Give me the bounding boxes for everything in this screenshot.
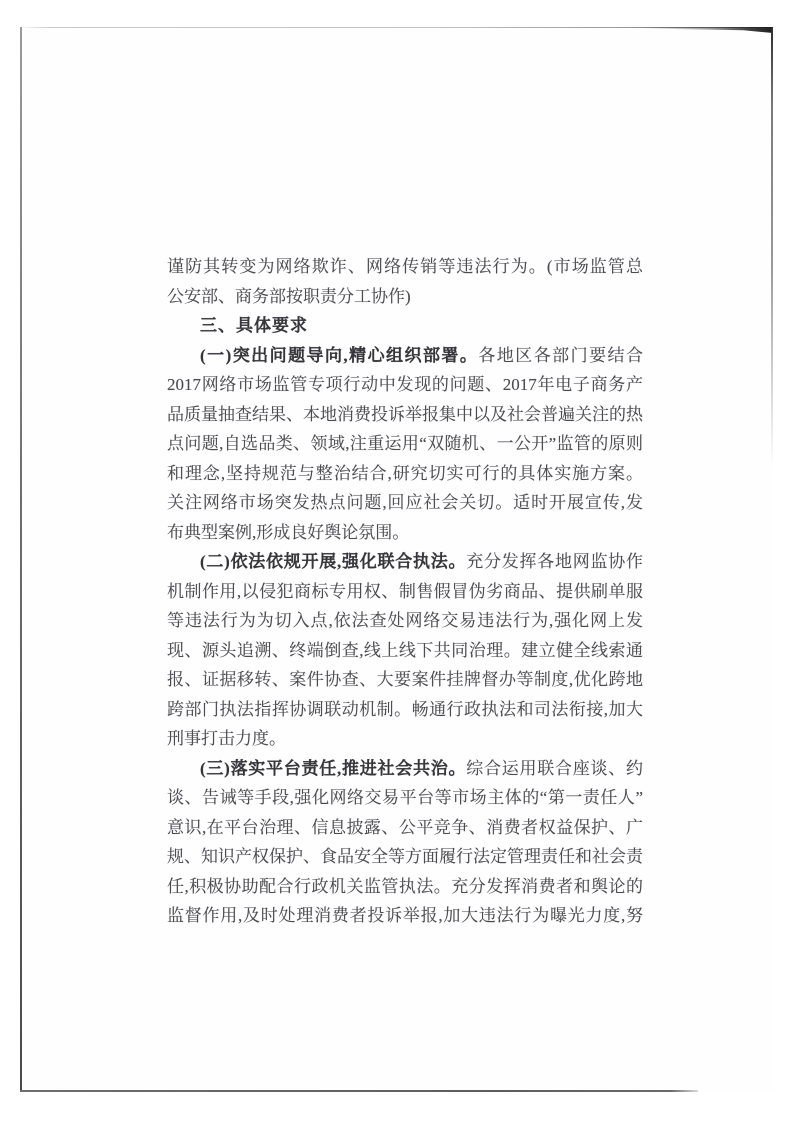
text-segment: 谨防其转变为网络欺诈、网络传销等违法行为。(市场监管总局、: [167, 257, 643, 282]
text-line: 刑事打击力度。: [167, 724, 643, 754]
text-line: 监督作用,及时处理消费者投诉举报,加大违法行为曝光力度,努: [167, 901, 643, 931]
text-line: 关注网络市场突发热点问题,回应社会关切。适时开展宣传,发: [167, 488, 643, 518]
text-segment-bold: 三、具体要求: [200, 316, 308, 335]
text-segment: 品质量抽查结果、本地消费投诉举报集中以及社会普遍关注的热: [167, 405, 643, 424]
text-segment: 等违法行为为切入点,依法查处网络交易违法行为,强化网上发: [167, 611, 643, 630]
text-line: (一)突出问题导向,精心组织部署。各地区各部门要结合: [167, 341, 643, 371]
text-segment: 布典型案例,形成良好舆论氛围。: [167, 523, 409, 542]
text-line: 品质量抽查结果、本地消费投诉举报集中以及社会普遍关注的热: [167, 400, 643, 430]
text-segment: 报、证据移转、案件协查、大要案件挂牌督办等制度,优化跨地域: [167, 670, 643, 695]
text-line: 和理念,坚持规范与整治结合,研究切实可行的具体实施方案。: [167, 459, 643, 489]
text-segment: 谈、告诫等手段,强化网络交易平台等市场主体的“第一责任人”: [167, 788, 643, 807]
text-line: 点问题,自选品类、领域,注重运用“双随机、一公开”监管的原则: [167, 429, 643, 459]
text-line: 现、源头追溯、终端倒查,线上线下共同治理。建立健全线索通: [167, 636, 643, 666]
scan-canvas: { "page": { "background": "#ffffff", "pa…: [0, 0, 793, 1122]
text-segment: 意识,在平台治理、信息披露、公平竞争、消费者权益保护、广告合: [167, 818, 643, 843]
text-segment: 充分发挥各地网监协作: [466, 552, 643, 571]
text-line: 等违法行为为切入点,依法查处网络交易违法行为,强化网上发: [167, 606, 643, 636]
text-line: 报、证据移转、案件协查、大要案件挂牌督办等制度,优化跨地域: [167, 665, 643, 695]
page-scan-edge-bottom: [20, 1090, 698, 1093]
text-segment: 刑事打击力度。: [167, 729, 286, 748]
page-scan-edge-left: [20, 27, 22, 1092]
text-line: (二)依法依规开展,强化联合执法。充分发挥各地网监协作: [167, 547, 643, 577]
text-line: 谨防其转变为网络欺诈、网络传销等违法行为。(市场监管总局、: [167, 252, 643, 282]
scanned-document-page: 谨防其转变为网络欺诈、网络传销等违法行为。(市场监管总局、公安部、商务部按职责分…: [20, 27, 773, 1092]
text-segment: 跨部门执法指挥协调联动机制。畅通行政执法和司法衔接,加大: [167, 700, 643, 719]
page-scan-edge-right: [771, 27, 773, 467]
text-segment-bold: (一)突出问题导向,精心组织部署。: [200, 346, 478, 365]
text-segment: 各地区各部门要结合: [478, 346, 643, 365]
page-scan-corner-mark: [638, 27, 773, 33]
text-segment: 和理念,坚持规范与整治结合,研究切实可行的具体实施方案。: [167, 464, 643, 483]
text-line: 任,积极协助配合行政机关监管执法。充分发挥消费者和舆论的: [167, 872, 643, 902]
document-text-block: 谨防其转变为网络欺诈、网络传销等违法行为。(市场监管总局、公安部、商务部按职责分…: [167, 252, 643, 931]
text-line: 公安部、商务部按职责分工协作): [167, 282, 643, 312]
text-segment: 2017网络市场监管专项行动中发现的问题、2017年电子商务产: [167, 375, 643, 394]
text-line: 意识,在平台治理、信息披露、公平竞争、消费者权益保护、广告合: [167, 813, 643, 843]
text-segment: 任,积极协助配合行政机关监管执法。充分发挥消费者和舆论的: [167, 877, 643, 896]
text-segment: 监督作用,及时处理消费者投诉举报,加大违法行为曝光力度,努: [167, 906, 643, 925]
text-line: 跨部门执法指挥协调联动机制。畅通行政执法和司法衔接,加大: [167, 695, 643, 725]
text-segment-bold: (三)落实平台责任,推进社会共治。: [200, 759, 466, 778]
text-line: 2017网络市场监管专项行动中发现的问题、2017年电子商务产: [167, 370, 643, 400]
text-line: 布典型案例,形成良好舆论氛围。: [167, 518, 643, 548]
text-line: 谈、告诫等手段,强化网络交易平台等市场主体的“第一责任人”: [167, 783, 643, 813]
text-segment: 公安部、商务部按职责分工协作): [167, 287, 411, 306]
text-segment: 关注网络市场突发热点问题,回应社会关切。适时开展宣传,发: [167, 493, 643, 512]
text-segment: 规、知识产权保护、食品安全等方面履行法定管理责任和社会责: [167, 847, 643, 866]
text-segment: 现、源头追溯、终端倒查,线上线下共同治理。建立健全线索通: [167, 641, 643, 660]
text-segment: 点问题,自选品类、领域,注重运用“双随机、一公开”监管的原则: [167, 434, 643, 453]
text-segment: 机制作用,以侵犯商标专用权、制售假冒伪劣商品、提供刷单服务: [167, 582, 643, 607]
page-scan-edge-top: [20, 27, 773, 28]
text-line: 机制作用,以侵犯商标专用权、制售假冒伪劣商品、提供刷单服务: [167, 577, 643, 607]
text-segment: 综合运用联合座谈、约: [466, 759, 643, 778]
text-segment-bold: (二)依法依规开展,强化联合执法。: [200, 552, 466, 571]
text-line: (三)落实平台责任,推进社会共治。综合运用联合座谈、约: [167, 754, 643, 784]
text-line: 规、知识产权保护、食品安全等方面履行法定管理责任和社会责: [167, 842, 643, 872]
section-heading: 三、具体要求: [167, 311, 643, 341]
